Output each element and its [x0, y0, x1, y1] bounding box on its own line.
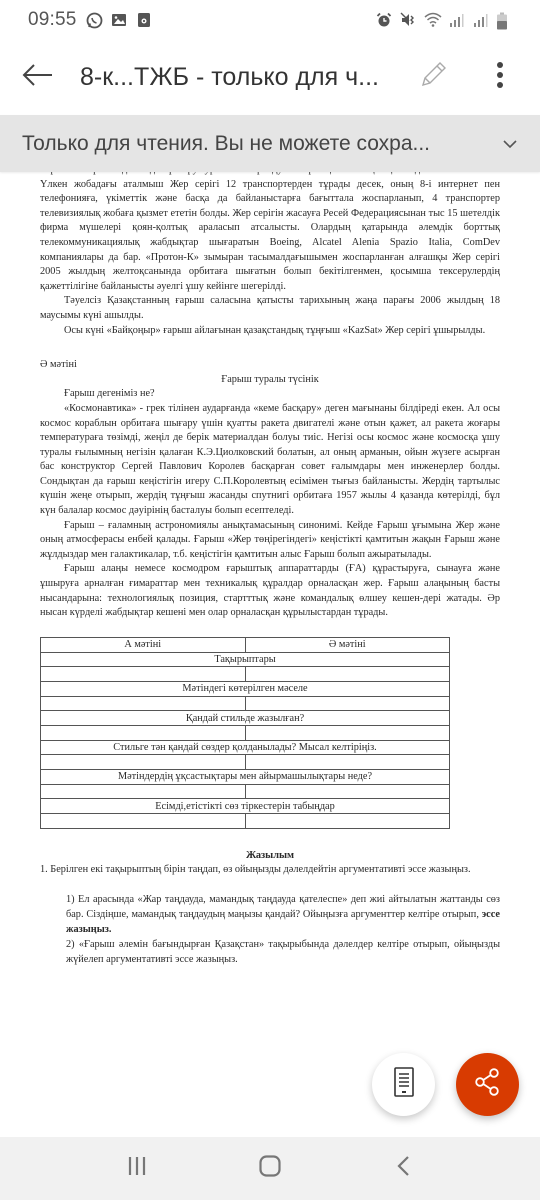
table-header: А мәтіні: [41, 637, 246, 652]
table-cell: [245, 696, 450, 711]
document-paragraph: Осы күні «Байқоңыр» ғарыш айлағынан қаза…: [40, 324, 500, 339]
table-section-row: Тақырыптары: [41, 652, 450, 667]
table-row: [41, 696, 450, 711]
table-section-row: Стильге тән қандай сөздер қолданылады? М…: [41, 740, 450, 755]
screen-record-icon: [136, 12, 152, 28]
signal-icon: [448, 12, 464, 28]
table-cell: [41, 696, 246, 711]
document-title: 8-к...ТЖБ - только для ч...: [76, 63, 408, 92]
home-icon: [259, 1155, 281, 1182]
whatsapp-icon: [86, 12, 102, 28]
wifi-icon: [424, 12, 440, 28]
more-options-button[interactable]: [480, 40, 520, 115]
table-cell: [245, 725, 450, 740]
table-row: [41, 814, 450, 829]
table-row: [41, 725, 450, 740]
writing-task: 1. Берілген екі тақырыптың бірін таңдап,…: [40, 863, 500, 878]
table-row: [41, 755, 450, 770]
pencil-icon: [418, 60, 448, 95]
table-section-row: Мәтіндегі көтерілген мәселе: [41, 681, 450, 696]
document-paragraph: Ғарыш – ғаламның астрономиялы анықтамасы…: [40, 519, 500, 563]
table-cell: [245, 784, 450, 799]
table-cell: [41, 755, 246, 770]
home-button[interactable]: [240, 1144, 300, 1194]
arrow-left-icon: [22, 63, 54, 92]
table-section-label: Қандай стильде жазылған?: [41, 711, 450, 726]
battery-icon: [496, 12, 512, 28]
table-section-label: Мәтіндердің ұқсастықтары мен айырмашылық…: [41, 770, 450, 785]
document-paragraph: Ғарыш дегеніміз не?: [40, 387, 500, 402]
writing-option-text: 1) Ел арасында «Жар таңдауда, мамандық т…: [66, 894, 500, 920]
table-section-label: Тақырыптары: [41, 652, 450, 667]
table-cell: [41, 725, 246, 740]
alarm-icon: [376, 12, 392, 28]
table-section-label: Есімді,етістікті сөз тіркестерін табыңда…: [41, 799, 450, 814]
edit-button[interactable]: [408, 40, 458, 115]
writing-section-title: Жазылым: [40, 849, 500, 864]
comparison-table: А мәтіні Ә мәтіні Тақырыптары Мәтіндегі …: [40, 637, 450, 829]
more-vert-icon: [496, 61, 504, 94]
table-section-label: Стильге тән қандай сөздер қолданылады? М…: [41, 740, 450, 755]
table-row: [41, 784, 450, 799]
app-bar: 8-к...ТЖБ - только для ч...: [0, 40, 540, 115]
table-header-row: А мәтіні Ә мәтіні: [41, 637, 450, 652]
document-paragraph: Тәуелсіз Қазақстанның ғарыш саласына қат…: [40, 294, 500, 323]
writing-option: 2) «Ғарыш әлемін бағындырған Қазақстан» …: [66, 937, 500, 967]
table-cell: [41, 814, 246, 829]
table-section-row: Қандай стильде жазылған?: [41, 711, 450, 726]
status-bar: 09:55: [0, 0, 540, 40]
share-icon: [473, 1067, 503, 1102]
writing-option: 1) Ел арасында «Жар таңдауда, мамандық т…: [66, 892, 500, 937]
vibrate-mute-icon: [400, 12, 416, 28]
document-paragraph: «Космонавтика» - грек тілінен аударғанда…: [40, 402, 500, 519]
reading-view-button[interactable]: [372, 1053, 435, 1116]
back-button[interactable]: [0, 40, 76, 115]
document-paragraph: Ғарыш алаңы немесе космодром ғарыштық ап…: [40, 562, 500, 620]
back-icon: [396, 1155, 410, 1182]
recent-apps-button[interactable]: [107, 1144, 167, 1194]
table-cell: [245, 814, 450, 829]
document-paragraph: Үлкен жобадағы аталмыш Жер серігі 12 тра…: [40, 178, 500, 295]
share-button[interactable]: [456, 1053, 519, 1116]
status-time: 09:55: [28, 9, 77, 31]
recent-apps-icon: [127, 1156, 147, 1181]
document-content: Ғарыш аппаратын дайындап ұшыру туралы ме…: [40, 163, 500, 967]
read-only-banner[interactable]: Только для чтения. Вы не можете сохра...: [0, 115, 540, 172]
table-row: [41, 667, 450, 682]
gallery-icon: [111, 12, 127, 28]
table-section-row: Мәтіндердің ұқсастықтары мен айырмашылық…: [41, 770, 450, 785]
table-cell: [245, 755, 450, 770]
system-nav-bar: [0, 1137, 540, 1200]
table-cell: [41, 667, 246, 682]
read-only-message: Только для чтения. Вы не можете сохра...: [22, 132, 480, 156]
back-nav-button[interactable]: [373, 1144, 433, 1194]
table-cell: [41, 784, 246, 799]
reading-view-icon: [393, 1067, 415, 1102]
table-section-row: Есімді,етістікті сөз тіркестерін табыңда…: [41, 799, 450, 814]
chevron-down-icon[interactable]: [480, 115, 540, 172]
writing-options: 1) Ел арасында «Жар таңдауда, мамандық т…: [40, 892, 500, 967]
signal-icon: [472, 12, 488, 28]
table-cell: [245, 667, 450, 682]
document-page[interactable]: Ғарыш аппаратын дайындап ұшыру туралы ме…: [0, 158, 540, 1133]
section-title: Ғарыш туралы түсінік: [40, 373, 500, 388]
section-label: Ә мәтіні: [40, 358, 500, 373]
table-header: Ә мәтіні: [245, 637, 450, 652]
table-section-label: Мәтіндегі көтерілген мәселе: [41, 681, 450, 696]
